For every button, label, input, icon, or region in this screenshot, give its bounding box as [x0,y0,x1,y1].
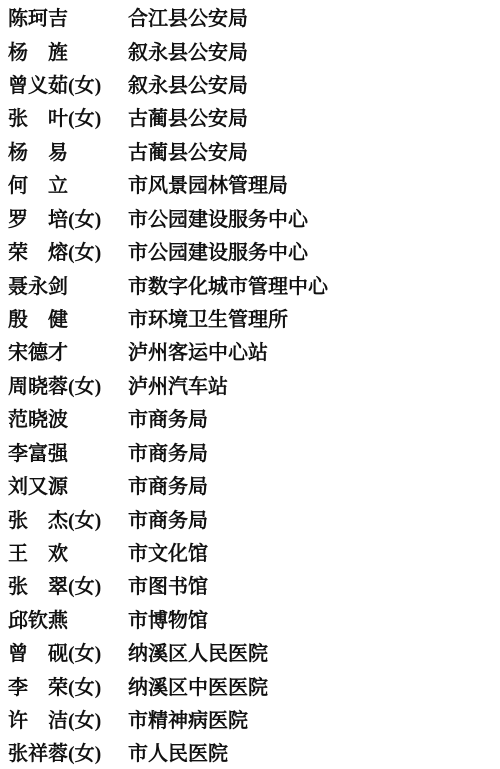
person-name: 张 叶(女) [8,102,128,131]
organization-name: 市图书馆 [128,570,208,599]
table-row: 张 杰(女) 市商务局 [8,501,500,534]
person-name: 李富强 [8,437,128,466]
person-name: 殷 健 [8,303,128,332]
organization-name: 合江县公安局 [128,2,248,31]
table-row: 宋德才 泸州客运中心站 [8,334,500,367]
person-name: 周晓蓉(女) [8,370,128,399]
organization-name: 泸州客运中心站 [128,336,268,365]
person-name: 曾 砚(女) [8,637,128,666]
table-row: 曾 砚(女) 纳溪区人民医院 [8,635,500,668]
table-row: 周晓蓉(女) 泸州汽车站 [8,368,500,401]
organization-name: 古蔺县公安局 [128,136,248,165]
person-name: 宋德才 [8,336,128,365]
organization-name: 市人民医院 [128,737,228,766]
table-row: 李 荣(女) 纳溪区中医医院 [8,668,500,701]
organization-name: 市文化馆 [128,537,208,566]
person-name: 许 洁(女) [8,704,128,733]
person-name: 王 欢 [8,537,128,566]
organization-name: 纳溪区人民医院 [128,637,268,666]
organization-name: 市数字化城市管理中心 [128,270,328,299]
organization-name: 市商务局 [128,437,208,466]
person-name: 杨 易 [8,136,128,165]
organization-name: 叙永县公安局 [128,36,248,65]
table-row: 曾义茹(女) 叙永县公安局 [8,67,500,100]
organization-name: 古蔺县公安局 [128,102,248,131]
person-name: 张 杰(女) [8,504,128,533]
person-name: 荣 熔(女) [8,236,128,265]
table-row: 李富强 市商务局 [8,434,500,467]
table-row: 张 翠(女) 市图书馆 [8,568,500,601]
table-row: 陈珂吉 合江县公安局 [8,0,500,33]
organization-name: 市商务局 [128,470,208,499]
table-row: 许 洁(女) 市精神病医院 [8,702,500,735]
name-list: 陈珂吉 合江县公安局 杨 旌 叙永县公安局 曾义茹(女) 叙永县公安局 张 叶(… [0,0,500,769]
table-row: 邱钦燕 市博物馆 [8,602,500,635]
organization-name: 纳溪区中医医院 [128,671,268,700]
person-name: 邱钦燕 [8,604,128,633]
table-row: 何 立 市风景园林管理局 [8,167,500,200]
organization-name: 市商务局 [128,504,208,533]
table-row: 刘又源 市商务局 [8,468,500,501]
table-row: 聂永剑 市数字化城市管理中心 [8,267,500,300]
organization-name: 市公园建设服务中心 [128,236,308,265]
table-row: 殷 健 市环境卫生管理所 [8,301,500,334]
organization-name: 市环境卫生管理所 [128,303,288,332]
person-name: 曾义茹(女) [8,69,128,98]
organization-name: 叙永县公安局 [128,69,248,98]
person-name: 陈珂吉 [8,2,128,31]
person-name: 何 立 [8,169,128,198]
person-name: 李 荣(女) [8,671,128,700]
organization-name: 市博物馆 [128,604,208,633]
organization-name: 市风景园林管理局 [128,169,288,198]
organization-name: 市精神病医院 [128,704,248,733]
table-row: 范晓波 市商务局 [8,401,500,434]
organization-name: 泸州汽车站 [128,370,228,399]
table-row: 张 叶(女) 古蔺县公安局 [8,100,500,133]
person-name: 刘又源 [8,470,128,499]
person-name: 杨 旌 [8,36,128,65]
person-name: 范晓波 [8,403,128,432]
person-name: 张 翠(女) [8,570,128,599]
table-row: 张祥蓉(女) 市人民医院 [8,735,500,768]
table-row: 王 欢 市文化馆 [8,535,500,568]
organization-name: 市公园建设服务中心 [128,203,308,232]
person-name: 罗 培(女) [8,203,128,232]
commendation-list-page: 陈珂吉 合江县公安局 杨 旌 叙永县公安局 曾义茹(女) 叙永县公安局 张 叶(… [0,0,500,769]
table-row: 罗 培(女) 市公园建设服务中心 [8,201,500,234]
table-row: 杨 旌 叙永县公安局 [8,33,500,66]
organization-name: 市商务局 [128,403,208,432]
person-name: 张祥蓉(女) [8,737,128,766]
table-row: 杨 易 古蔺县公安局 [8,134,500,167]
table-row: 荣 熔(女) 市公园建设服务中心 [8,234,500,267]
person-name: 聂永剑 [8,270,128,299]
